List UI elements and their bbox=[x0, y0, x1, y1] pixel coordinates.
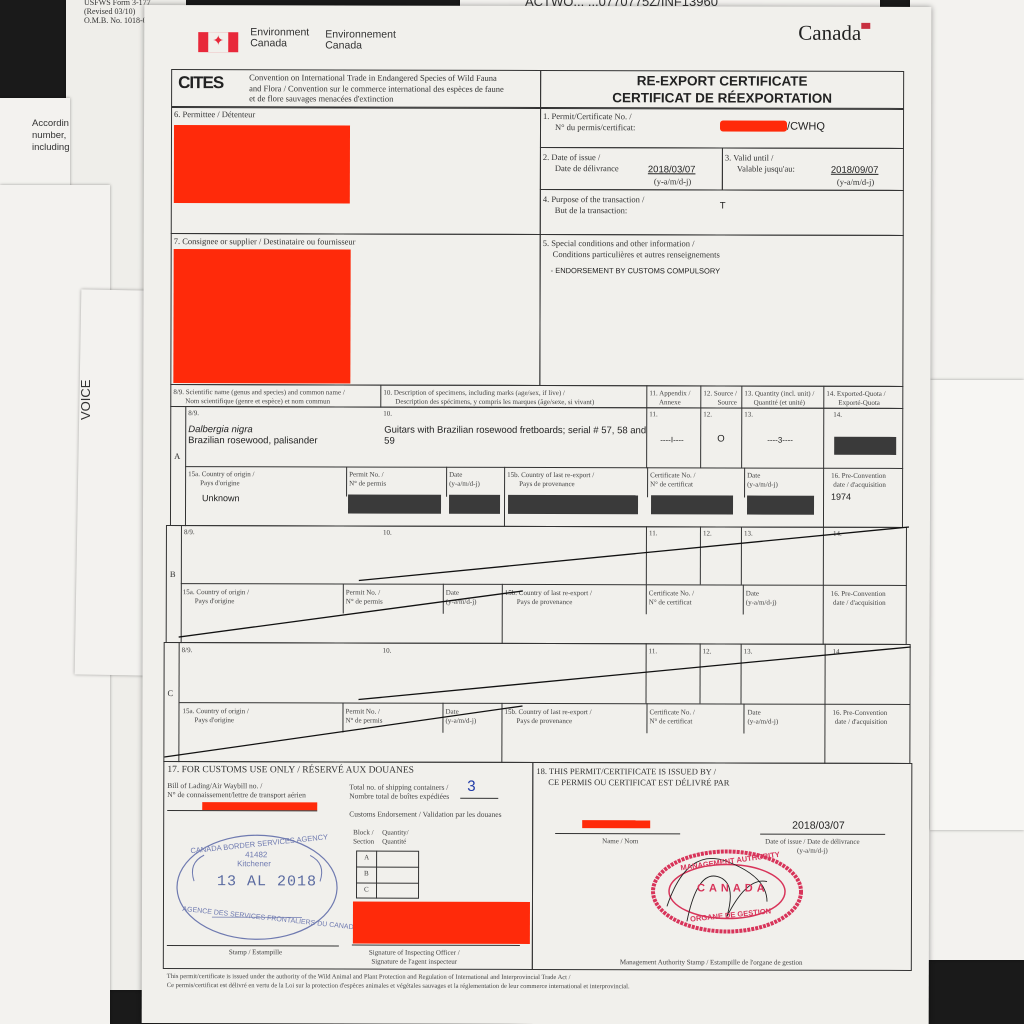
cbsa-stamp-code: 41482 bbox=[245, 850, 267, 859]
containers-value: 3 bbox=[467, 778, 475, 795]
label-line: Block / bbox=[353, 829, 374, 838]
left-paper-text: Accordin number, including bbox=[32, 118, 70, 154]
footer-text: This permit/certificate is issued under … bbox=[167, 972, 630, 991]
block-row-a: A bbox=[364, 854, 369, 863]
footer-line: Ce permis/certificat est délivré en vert… bbox=[167, 981, 630, 991]
cbsa-stamp-date: 13 AL 2018 bbox=[217, 873, 317, 890]
label-line: Nombre total de boîtes expédiées bbox=[349, 792, 449, 801]
cbsa-stamp-city: Kitchener bbox=[237, 859, 271, 868]
block-row-c: C bbox=[364, 886, 369, 895]
background-paper-invoice bbox=[75, 289, 152, 675]
issuer-date-value: 2018/03/07 bbox=[792, 820, 845, 832]
label-line: Total no. of shipping containers / bbox=[349, 783, 449, 792]
ma-stamp-label: Management Authority Stamp / Estampille … bbox=[620, 958, 803, 967]
stamp-label: Stamp / Estampille bbox=[229, 948, 282, 957]
label-line: Signature of Inspecting Officer / bbox=[369, 949, 460, 958]
block-section-header: Block / Section bbox=[353, 829, 374, 847]
invoice-vertical-text: VOICE bbox=[78, 380, 93, 420]
customs-title: 17. FOR CUSTOMS USE ONLY / RÉSERVÉ AUX D… bbox=[167, 765, 414, 777]
ma-stamp-middle: CANADA bbox=[697, 882, 769, 894]
label-line: 18. THIS PERMIT/CERTIFICATE IS ISSUED BY… bbox=[536, 766, 729, 778]
label-line: Quantité bbox=[382, 838, 408, 847]
label-line: Quantity/ bbox=[382, 829, 408, 838]
label-line: Date of issue / Date de délivrance bbox=[765, 838, 859, 847]
background-paper-right-2 bbox=[930, 380, 1024, 830]
label-line: N° de connaissement/lettre de transport … bbox=[167, 790, 306, 799]
label-line: Section bbox=[353, 838, 374, 847]
issuer-name-label: Name / Nom bbox=[602, 837, 638, 846]
issuer-name-redaction bbox=[582, 820, 650, 828]
re-export-certificate: ✦ Environment Canada Environnement Canad… bbox=[142, 5, 932, 1024]
label-line: Signature de l'agent inspecteur bbox=[369, 958, 460, 967]
left-text-line: including bbox=[32, 142, 70, 154]
containers-label: Total no. of shipping containers / Nombr… bbox=[349, 783, 449, 801]
block-row-b: B bbox=[364, 870, 369, 879]
left-text-line: Accordin bbox=[32, 118, 70, 130]
customs-endorsement-label: Customs Endorsement / Validation par les… bbox=[349, 810, 501, 819]
label-line: CE PERMIS OU CERTIFICAT EST DÉLIVRÉ PAR bbox=[536, 777, 729, 789]
label-line: Bill of Lading/Air Waybill no. / bbox=[167, 781, 306, 790]
officer-signature-label: Signature of Inspecting Officer / Signat… bbox=[369, 949, 460, 967]
officer-signature-redaction bbox=[353, 902, 530, 944]
left-text-line: number, bbox=[32, 130, 70, 142]
issuer-title: 18. THIS PERMIT/CERTIFICATE IS ISSUED BY… bbox=[536, 766, 729, 789]
bill-of-lading-label: Bill of Lading/Air Waybill no. / N° de c… bbox=[167, 781, 306, 799]
quantity-header: Quantity/ Quantité bbox=[382, 829, 409, 847]
